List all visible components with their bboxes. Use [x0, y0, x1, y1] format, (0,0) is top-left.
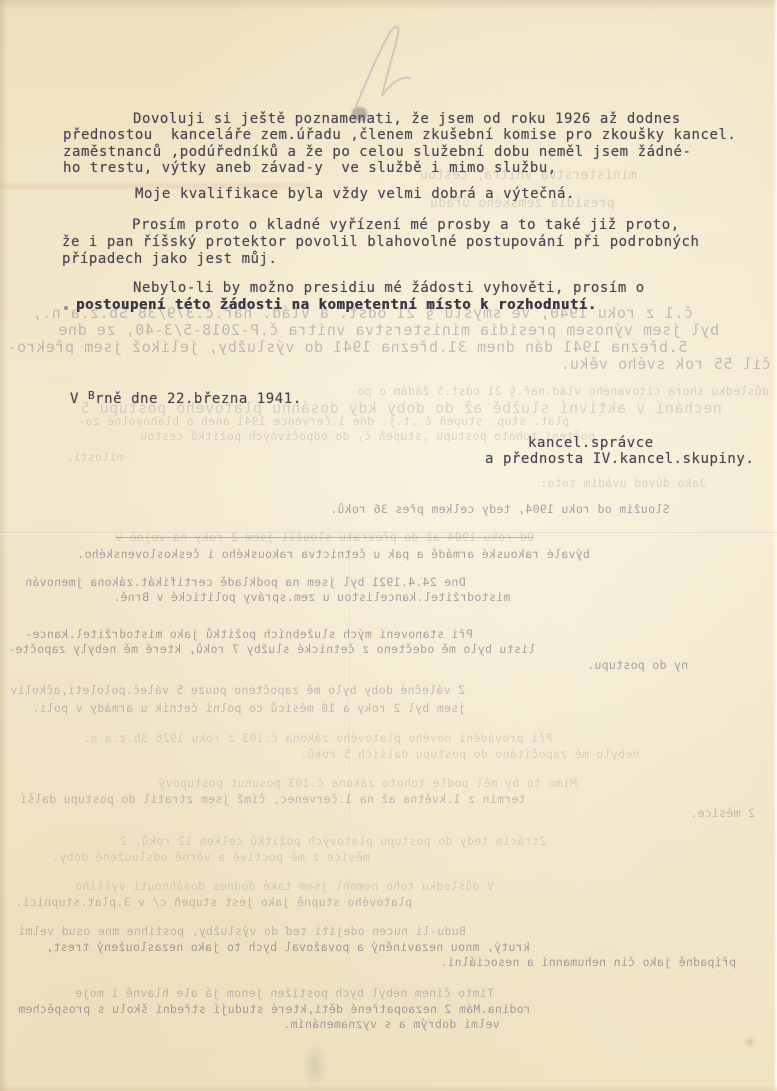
gray-smudge-stain: [303, 1043, 327, 1089]
bleedthrough-line: V důsledku shora citovaného vlád.nař.§ 2…: [350, 384, 777, 398]
bleedthrough-line: Sloužím od roku 1904, tedy celkem přes 3…: [330, 502, 670, 516]
bleedthrough-line-struck: Od roku 1904 až do převratu sloužil jsem…: [115, 530, 534, 544]
bleedthrough-line: Z válečné doby bylo mě započteno pouze 5…: [10, 683, 465, 697]
bleedthrough-line: listu bylo mě odečteno z četnické služby…: [8, 642, 535, 656]
bleedthrough-line: případně jako čin nehumanní a nesociální…: [440, 955, 736, 969]
paper-edge-left: [0, 0, 8, 1091]
signature-title-line2: a přednosta IV.kancel.skupiny.: [485, 451, 754, 467]
bleedthrough-line: termin z 1.května až na 1.červenec, čímž…: [20, 792, 526, 806]
bleedthrough-line: Ztrácím tedy do postupu platových požitk…: [120, 834, 546, 848]
date-line: V Brně dne 22.března 1941.: [70, 391, 302, 407]
bleedthrough-line: 5.března 1941 dán dnem 31.března 1941 do…: [7, 338, 687, 356]
bleedthrough-line: Tímto činem nebyl bych postižen jenom já…: [75, 986, 494, 1000]
signature-title-line1: kancel.správce: [528, 435, 654, 451]
bleedthrough-line: krutý, mnou nezaviněný a považoval bych …: [46, 940, 530, 954]
bleedthrough-line: Budu-li nucen odejíti teď do výslužby, p…: [18, 924, 466, 938]
scanned-letter-page: ministerstva vnitra, cestou presidia zem…: [0, 0, 777, 1091]
paragraph3-line2: že i pan říšský protektor povolil blahov…: [62, 234, 700, 250]
paragraph3-line1: Prosím proto o kladné vyřízení mé prosby…: [132, 217, 680, 233]
date-rest: rně dne 22.března 1941.: [95, 391, 302, 407]
paragraph1-line1: Dovoluji si ještě poznamenati, že jsem o…: [133, 111, 681, 127]
bleedthrough-line: V důsledku toho nemohl jsem také dodnes …: [75, 879, 494, 893]
bleedthrough-line: velmi dobrým a s vyznamenáním.: [283, 1017, 500, 1031]
bleedthrough-line: bývalé rakouské armádě a pak u četnictva…: [77, 547, 590, 561]
paragraph4-line2: postoupení této žádosti na kompetentní m…: [76, 297, 597, 313]
bleedthrough-line: mistodržitel.kancelistou u zem.správy po…: [113, 590, 510, 604]
handwritten-mark-bleedthrough: [338, 18, 428, 113]
bleedthrough-line: Při provádění nového platového zákona č.…: [83, 731, 553, 745]
bleedthrough-line: Mimo to by měl podle tohoto zákona č.103…: [158, 776, 577, 790]
paragraph1-line2: přednostou kanceláře zem.úřadu ,členem z…: [63, 127, 736, 143]
bleedthrough-line: platového stupně jako jest stupeň c/ v 3…: [15, 895, 412, 909]
bleedthrough-line: počtení tohoto postupu ,stupeň č, do odp…: [140, 429, 595, 443]
stray-ink-dot: [64, 306, 68, 310]
paper-edge-right: [773, 0, 777, 1091]
paragraph1-line4: ho trestu, výtky aneb závad-y ve službě …: [63, 160, 557, 176]
bleedthrough-line: plat. stup. stupeň č.,t.j. dne 1.červenc…: [78, 414, 569, 428]
date-prefix: V: [70, 391, 88, 407]
paragraph4-line1: Nebylo-li by možno presidiu mé žádosti v…: [133, 280, 645, 296]
red-dot-stain: [744, 1036, 756, 1048]
paper-edge-top: [0, 0, 777, 10]
bleedthrough-line: 2 měsíce.: [690, 806, 755, 820]
bleedthrough-line: měsíce z mé poctivé a věrně odsloužené d…: [52, 850, 370, 864]
bleedthrough-line: jsem byl 2 roky a 10 měsíců co polní čet…: [32, 701, 465, 715]
bleedthrough-line: byl jsem výnosem presidia ministerstva v…: [58, 321, 719, 339]
bleedthrough-line: milosti.: [66, 450, 124, 464]
bleedthrough-line: Dne 24.4.1921 byl jsem na podkladě certi…: [25, 575, 466, 589]
paragraph1-line3: zaměstnanců ,podúředníků a že po celou s…: [63, 144, 692, 160]
bleedthrough-line: Jako důvod uvádím toto:: [540, 476, 706, 490]
date-superscript-b: B: [88, 389, 95, 402]
bleedthrough-line: Při stanovení mých služebních požitků ja…: [25, 627, 473, 641]
paper-edge-bottom: [0, 1085, 777, 1091]
paragraph2-line1: Moje kvalifikace byla vždy velmi dobrá a…: [135, 186, 575, 202]
bleedthrough-line: rodina.Mám 2 nezaopatřené děti,které stu…: [18, 1002, 531, 1016]
bleedthrough-line: čil 55 rok svého věku.: [560, 355, 771, 373]
bleedthrough-line: nebylo mě započítáno do postupu dalších …: [300, 747, 640, 761]
paragraph3-line3: případech jako jest můj.: [62, 251, 278, 267]
bleedthrough-line: ny do postupu.: [587, 658, 688, 672]
